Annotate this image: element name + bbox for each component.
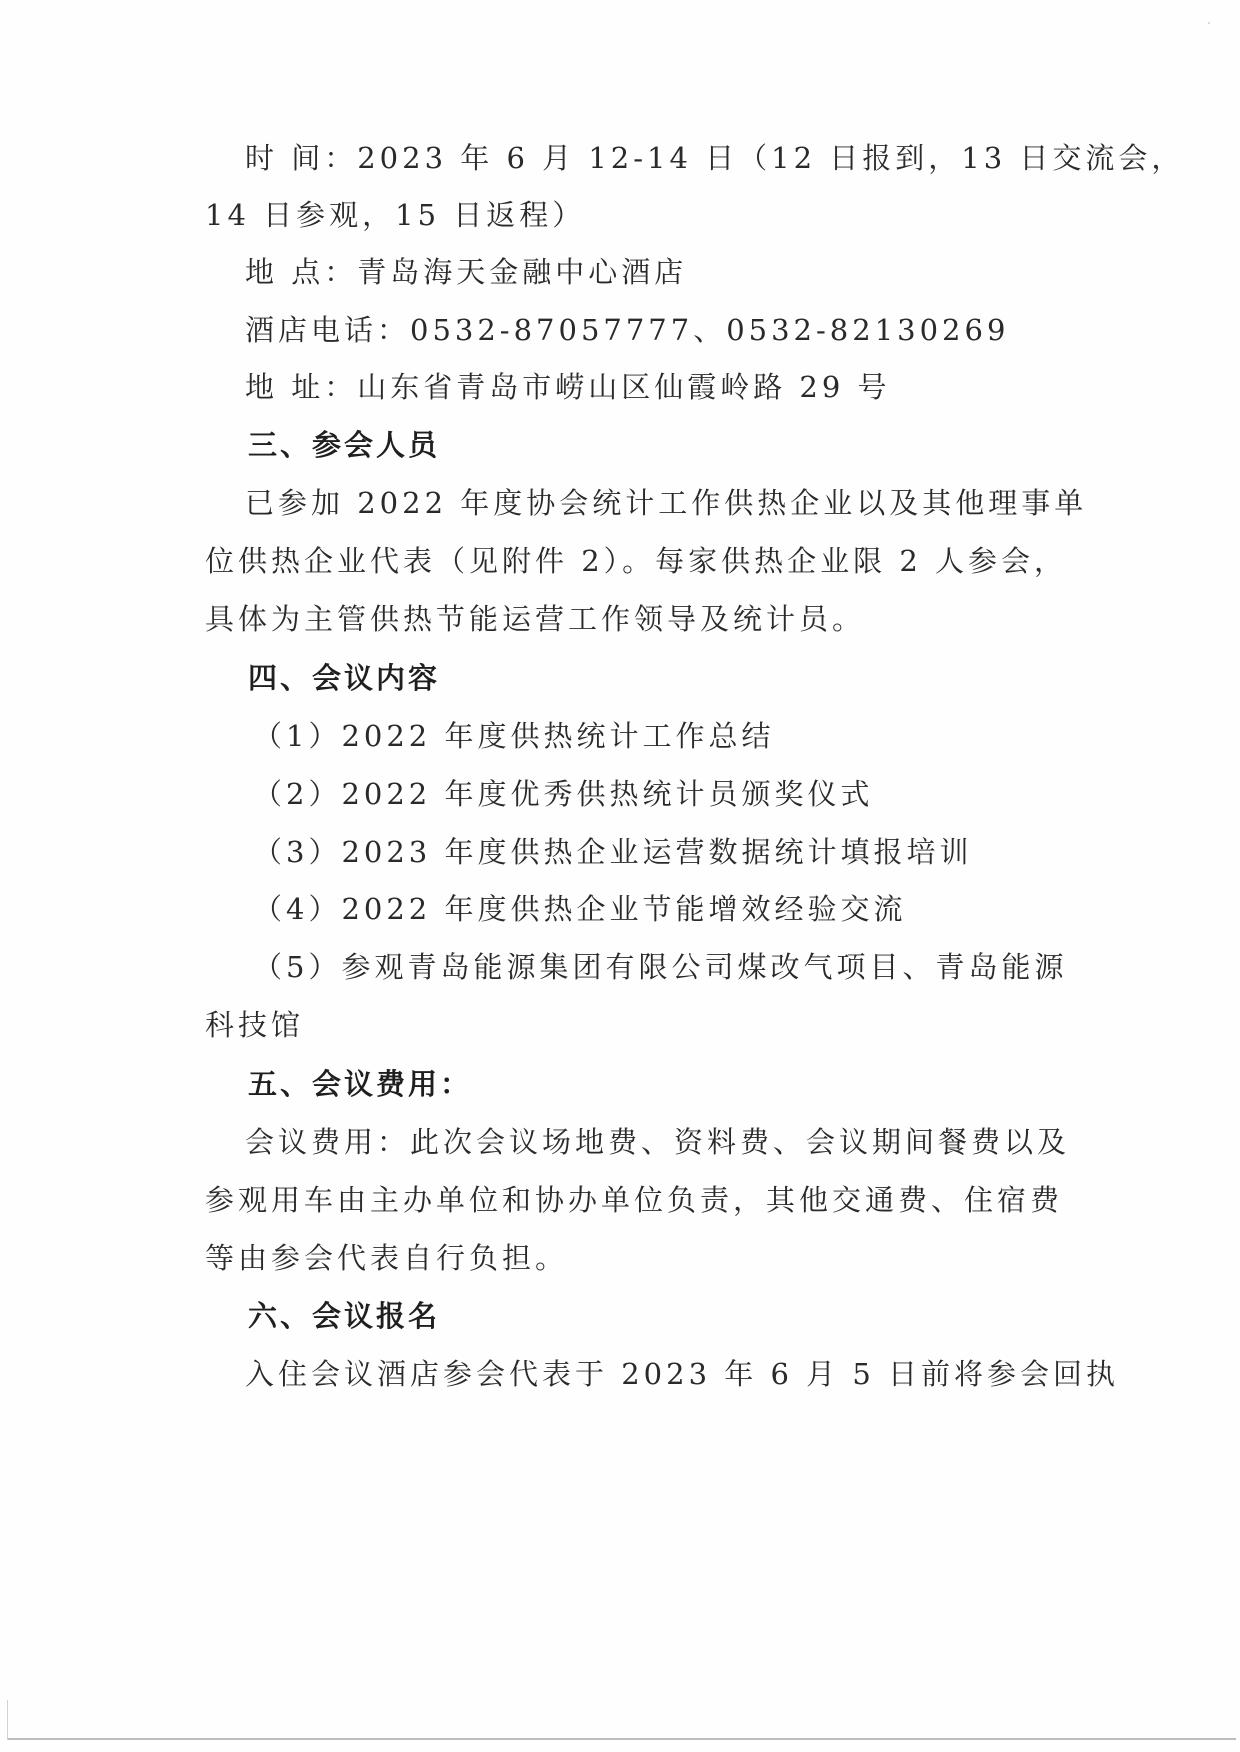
agenda-item-4: （4）2022 年度供热企业节能增效经验交流 (253, 891, 906, 927)
meeting-time-line-1: 时 间：2023 年 6 月 12-14 日（12 日报到，13 日交流会， (245, 140, 1184, 176)
scan-edge-bottom (8, 1738, 1236, 1740)
scan-artifact (1208, 22, 1210, 24)
section-5-heading: 五、会议费用： (248, 1066, 472, 1102)
section-3-paragraph-line-3: 具体为主管供热节能运营工作领导及统计员。 (205, 601, 865, 637)
hotel-address: 地 址：山东省青岛市崂山区仙霞岭路 29 号 (245, 369, 891, 405)
meeting-location: 地 点：青岛海天金融中心酒店 (245, 254, 687, 290)
hotel-phone: 酒店电话：0532-87057777、0532-82130269 (245, 312, 1009, 348)
section-4-heading: 四、会议内容 (248, 660, 440, 696)
section-3-heading: 三、参会人员 (248, 427, 440, 463)
agenda-item-5-continuation: 科技馆 (205, 1007, 304, 1043)
document-page: 时 间：2023 年 6 月 12-14 日（12 日报到，13 日交流会， 1… (0, 0, 1240, 1752)
agenda-item-2: （2）2022 年度优秀供热统计员颁奖仪式 (253, 776, 873, 812)
scan-edge-left (7, 1700, 8, 1740)
section-3-paragraph-line-1: 已参加 2022 年度协会统计工作供热企业以及其他理事单 (245, 485, 1087, 521)
agenda-item-3: （3）2023 年度供热企业运营数据统计填报培训 (253, 834, 972, 870)
section-6-paragraph-line-1: 入住会议酒店参会代表于 2023 年 6 月 5 日前将参会回执 (245, 1356, 1119, 1392)
section-5-paragraph-line-1: 会议费用：此次会议场地费、资料费、会议期间餐费以及 (245, 1124, 1070, 1160)
meeting-time-line-2: 14 日参观，15 日返程） (205, 197, 585, 233)
section-3-paragraph-line-2: 位供热企业代表（见附件 2）。每家供热企业限 2 人参会， (205, 543, 1067, 579)
agenda-item-5: （5）参观青岛能源集团有限公司煤改气项目、青岛能源 (253, 949, 1067, 985)
section-5-paragraph-line-2: 参观用车由主办单位和协办单位负责，其他交通费、住宿费 (205, 1182, 1063, 1218)
section-5-paragraph-line-3: 等由参会代表自行负担。 (205, 1240, 568, 1276)
agenda-item-1: （1）2022 年度供热统计工作总结 (253, 718, 774, 754)
section-6-heading: 六、会议报名 (248, 1298, 440, 1334)
